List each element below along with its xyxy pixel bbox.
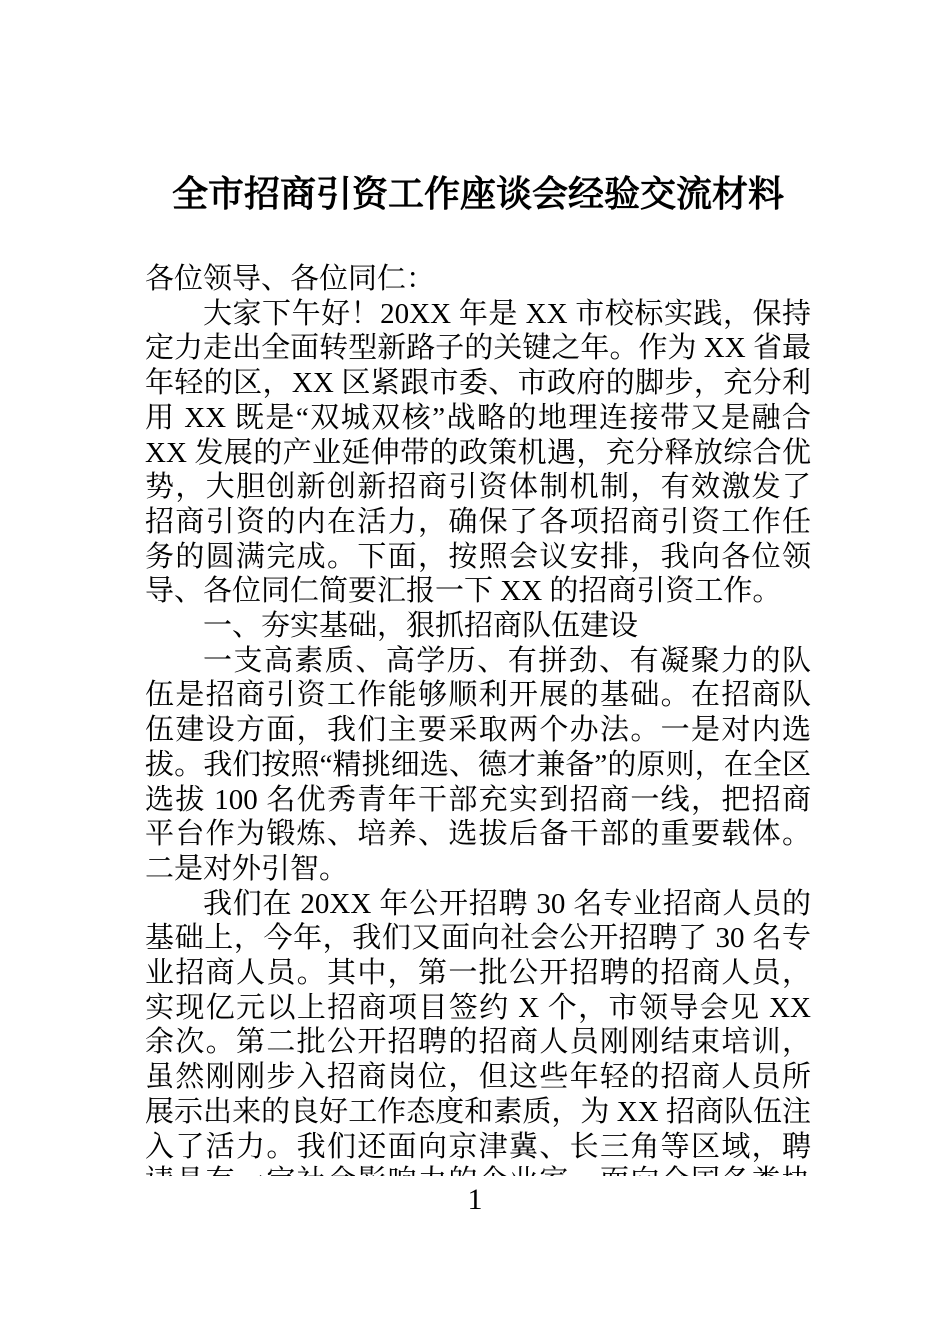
paragraph-intro: 大家下午好！20XX 年是 XX 市校标实践，保持定力走出全面转型新路子的关键之…: [145, 297, 811, 609]
document-page: 全市招商引资工作座谈会经验交流材料 各位领导、各位同仁： 大家下午好！20XX …: [0, 0, 950, 1344]
paragraph-recruitment: 我们在 20XX 年公开招聘 30 名专业招商人员的基础上，今年，我们又面向社会…: [145, 887, 811, 1176]
document-title: 全市招商引资工作座谈会经验交流材料: [145, 172, 811, 216]
document-body: 各位领导、各位同仁： 大家下午好！20XX 年是 XX 市校标实践，保持定力走出…: [145, 262, 811, 1176]
section-heading-1: 一、夯实基础，狠抓招商队伍建设: [145, 609, 811, 644]
salutation-line: 各位领导、各位同仁：: [145, 262, 811, 297]
page-number: 1: [0, 1183, 950, 1217]
paragraph-team-building: 一支高素质、高学历、有拼劲、有凝聚力的队伍是招商引资工作能够顺利开展的基础。在招…: [145, 644, 811, 887]
